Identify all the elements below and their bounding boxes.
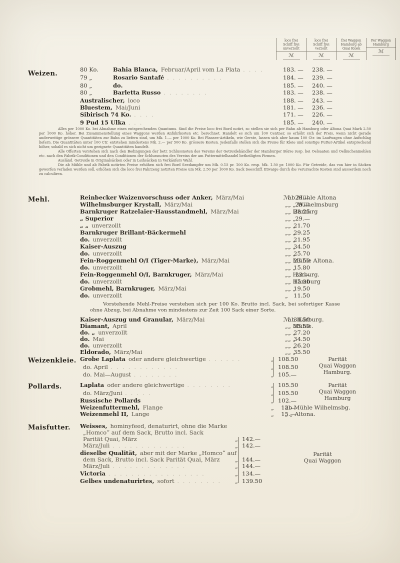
price-verzollt: 240. —	[310, 82, 339, 89]
table-row: Gelbes undenaturirtes,sofort. . . . . . …	[80, 478, 260, 486]
price-unverzollt: 184. —	[281, 74, 310, 82]
margin-label-weizenkleie: Weizenkleie.	[28, 357, 76, 365]
weizenkleie-rows: Grobe Laplataoder andere gleichwertige. …	[80, 356, 296, 379]
delivery-location: „ „	[288, 264, 296, 271]
fine-print: Alles per 1000 Ko. bei Abnahme eines ent…	[39, 127, 371, 177]
table-row: Weizenfuttermehl,Flange „ 12.— ab Mühle …	[80, 404, 296, 411]
delivery-location: „ „	[288, 236, 296, 243]
price-unverzollt: 183. —	[281, 66, 310, 74]
item-name: do.	[80, 236, 90, 243]
price-unverzollt: 181. —	[281, 104, 310, 111]
item-term: unverzollt	[93, 236, 122, 243]
price-verzollt: 238. —	[310, 66, 339, 74]
section-weizen: Weizen. 80 Ko. Bahia Blanca,Februar/Apri…	[0, 66, 400, 127]
currency-mark: „	[231, 478, 242, 486]
section-pollards: Pollards. Laplataoder andere gleichwerti…	[0, 382, 400, 418]
item-name: Rosario Santafé	[113, 74, 164, 81]
item-name: do.	[80, 278, 90, 285]
table-row: März/Juli. . . . . . . . . . . . . „ 142…	[80, 443, 260, 451]
table-row: Laplataoder andere gleichwertige. . . . …	[80, 382, 296, 390]
parity-line: Quai Waggon	[280, 458, 365, 465]
item-term: unverzollt	[93, 278, 122, 285]
price-courant-page: loco frei Schiff frei unverzollt ℳ loco …	[0, 0, 400, 563]
table-row: do.unverzollt „ 25.70 „ „	[80, 250, 310, 257]
price-value: 139.50	[242, 478, 260, 486]
table-row: „ „unverzollt „ 21.70 „ „	[80, 222, 310, 229]
item-term: März/Mai	[114, 349, 142, 356]
item-name: Reinbecker Waizenvorschuss oder Anker,	[80, 194, 213, 201]
item-name: Barnkruger Brillant-Bäckermehl	[80, 229, 186, 236]
column-rule	[283, 60, 300, 61]
item-term: oder andere gleichwertige	[107, 382, 184, 389]
price-column-header: loco frei Schiff frei verzollt ℳ	[306, 38, 336, 60]
leader-dots: . . . .	[134, 113, 155, 118]
table-row: 9 Pud 15 Ulka. . . 185. — 240. —	[80, 119, 396, 127]
table-row: Victoria. . . . . . . . . . . . . . . . …	[80, 471, 260, 479]
mehl-note: Vorstehende Mehl-Preise verstehen sich p…	[90, 302, 340, 314]
parity-label: Parität Quai Waggon	[280, 451, 365, 464]
weight-prefix: 80 „	[80, 82, 113, 89]
delivery-location: „ „	[288, 222, 296, 229]
item-term: März/Mai	[195, 271, 223, 278]
parity-label: Parität Quai Waggon Hamburg	[295, 382, 380, 402]
column-header-line: unverzollt	[277, 47, 307, 51]
table-row: do.unverzollt „ 11.50	[80, 292, 310, 299]
price-value: 11.50	[292, 292, 310, 299]
brace-line	[273, 383, 274, 402]
table-row: Eldorado,März/Mai „ 35.50 „ „	[80, 349, 310, 356]
price-verzollt: 238. —	[310, 89, 339, 97]
price-value: 142.—	[242, 443, 260, 451]
scanned-document-viewport: loco frei Schiff frei unverzollt ℳ loco …	[0, 0, 400, 563]
table-row: do. April. . . . . . . . . . . . „ 108.5…	[80, 364, 296, 372]
table-row: Russische Pollards „ 102.—	[80, 398, 296, 405]
currency-mark: „	[267, 411, 278, 418]
spacer	[339, 119, 396, 127]
price-verzollt: 226. —	[310, 111, 339, 119]
item-name: 9 Pud 15 Ulka	[80, 119, 125, 126]
table-row: do.unverzollt „ 21.95 „ „	[80, 236, 310, 243]
table-row: 80 „ do. 185. — 240. —	[80, 82, 396, 89]
item-name: Russische Pollards	[80, 398, 141, 405]
leader-dots: . . . . . . . . . .	[167, 76, 223, 81]
item-term: März/Mai	[201, 257, 229, 264]
item-term: do. April	[83, 364, 108, 371]
spacer	[339, 82, 396, 89]
item-term: sofort	[157, 478, 174, 485]
mark-currency-symbol: ℳ	[367, 48, 396, 56]
table-row: Reinbecker Waizenvorschuss oder Anker,Mä…	[80, 194, 310, 201]
table-row: Weizenmehl II,Lange „ 15.— „ „ Altona.	[80, 411, 296, 418]
delivery-location: „ „	[288, 250, 296, 257]
table-row: Australischer,loco 188. — 243. —	[80, 97, 396, 104]
delivery-location: „ „	[288, 229, 296, 236]
section-maisfutter: Maisfutter. Weisses,hominyfeed, denaturi…	[0, 423, 400, 486]
leader-dots: . . . . . . . .	[134, 373, 178, 378]
table-row: Grobe Laplataoder andere gleichwertige. …	[80, 356, 296, 364]
item-term: unverzollt	[93, 292, 122, 299]
leader-dots: . . . . . . . . . . . . .	[113, 465, 186, 470]
spacer	[339, 74, 396, 82]
item-name: Kaiser-Auszug	[80, 243, 127, 250]
currency-mark: „	[231, 443, 242, 451]
leader-dots: . . . . . . . .	[187, 384, 231, 389]
delivery-location: „ Hamburg	[288, 278, 321, 285]
spacer	[339, 104, 396, 111]
table-row: Wilhelmsburger Krystall,März/Mai „ 29.— …	[80, 201, 310, 208]
price-unverzollt: 185. —	[281, 119, 310, 127]
item-name: Weizenfuttermehl,	[80, 404, 140, 411]
margin-label-pollards: Pollards.	[28, 383, 62, 391]
column-header-line: verzollt	[307, 47, 337, 51]
item-name: Wilhelmsburger Krystall,	[80, 201, 161, 208]
price-column-header: Per Waggon Hamburg ℳ	[366, 38, 396, 60]
price-unverzollt: 185. —	[281, 82, 310, 89]
table-row: do. Mai—August. . . . . . . . „ 105.—	[80, 372, 296, 380]
table-row: Barnkruger Ratzelaier-Hausstandmehl,März…	[80, 208, 310, 215]
price-column-header: loco frei Schiff frei unverzollt ℳ	[276, 38, 306, 60]
item-term: März/Mai	[216, 194, 244, 201]
mark-currency-symbol: ℳ	[337, 52, 367, 60]
item-name: Barletta Russo	[113, 89, 161, 96]
column-rule	[343, 60, 360, 61]
weight-prefix: 79 „	[80, 74, 113, 82]
item-term: unverzollt	[92, 222, 121, 229]
item-name: do.	[80, 292, 90, 299]
item-name: Bahia Blanca,	[113, 66, 158, 73]
delivery-location: „ „	[288, 285, 296, 292]
table-row: Fein-Roggenmehl O/I, Barnkruger,März/Mai…	[80, 271, 310, 278]
spacer	[339, 89, 396, 97]
item-name: Grobe Laplata	[80, 356, 126, 363]
table-row: 79 „ Rosario Santafé. . . . . . . . . . …	[80, 74, 396, 82]
delivery-location: „ Mühle Altona.	[288, 257, 334, 264]
weight-prefix: 80 „	[80, 89, 113, 97]
delivery-location: „ „	[288, 215, 296, 222]
table-row: Bluestem,Mai/Juni 181. — 236. —	[80, 104, 396, 111]
weizen-rows: 80 Ko. Bahia Blanca,Februar/April vom La…	[80, 66, 396, 127]
table-row: 80 „ Barletta Russo. . . . . . . . 183. …	[80, 89, 396, 97]
column-header-line: Quai Kiosk	[337, 47, 367, 51]
leader-dots: . . . . . . . . . . . .	[111, 365, 178, 370]
item-name: Eldorado,	[80, 349, 111, 356]
item-term: März/Mai	[164, 201, 192, 208]
price-verzollt: 239. —	[310, 74, 339, 82]
price-verzollt: 240. —	[310, 119, 339, 127]
item-name: Fein-Roggenmehl O/I (Tiger-Marke),	[80, 257, 198, 264]
parity-line: Hamburg.	[295, 369, 380, 376]
parity-label: Parität Quai Waggon Hamburg.	[295, 356, 380, 376]
leader-dots: . . . . . . . . . . . . .	[113, 444, 186, 449]
margin-label-weizen: Weizen.	[28, 70, 58, 78]
maisfutter-rows: Weisses,hominyfeed, denaturirt, ohne die…	[80, 423, 260, 486]
table-row: do.unverzollt „ 15.30 „ Hamburg	[80, 278, 310, 285]
item-term: Mai/Juni	[116, 104, 141, 111]
weight-prefix: 80 Ko.	[80, 66, 113, 74]
item-name: do.	[80, 264, 90, 271]
item-name: „ „	[80, 222, 89, 229]
item-name: do.	[80, 250, 90, 257]
table-row: 80 Ko. Bahia Blanca,Februar/April vom La…	[80, 66, 396, 74]
item-term: März/Juli	[83, 463, 110, 470]
leader-dots: . . . . . . . .	[164, 91, 208, 96]
leader-dots: . . . . . .	[209, 358, 241, 363]
price-value: 105.—	[278, 372, 296, 380]
section-mehl: Mehl. Reinbecker Waizenvorschuss oder An…	[0, 194, 400, 356]
parity-line: Hamburg	[295, 395, 380, 402]
item-term: unverzollt	[93, 264, 122, 271]
item-name: Grobmehl, Barnkruger,	[80, 285, 155, 292]
mark-currency-symbol: ℳ	[277, 52, 307, 60]
delivery-location: „ „ Altona.	[285, 411, 315, 418]
mark-currency-symbol: ℳ	[307, 52, 337, 60]
item-term: do. März/Juni	[83, 390, 122, 397]
item-term: März/Mai	[158, 285, 186, 292]
delivery-location: „ Harburg.	[288, 271, 320, 278]
fine-print-paragraph: Alles per 1000 Ko. bei Abnahme eines ent…	[39, 127, 371, 150]
spacer	[339, 111, 396, 119]
mehl-rows: Reinbecker Waizenvorschuss oder Anker,Mä…	[80, 194, 310, 299]
price-column-headers: loco frei Schiff frei unverzollt ℳ loco …	[276, 38, 398, 60]
price-verzollt: 243. —	[310, 97, 339, 104]
column-header-line: Hamburg	[367, 43, 396, 47]
price-unverzollt: 171. —	[281, 111, 310, 119]
table-row: do. März/Juni. . . . . „ 105.50	[80, 390, 296, 398]
item-name: Victoria	[80, 471, 105, 478]
table-row: Grobmehl, Barnkruger,März/Mai „ 19.50 „ …	[80, 285, 310, 292]
item-term: Flange	[143, 404, 163, 411]
delivery-location: „ „	[288, 243, 296, 250]
price-column-header: frei Waggon Hamburg ab Quai Kiosk ℳ	[336, 38, 366, 60]
margin-label-maisfutter: Maisfutter.	[28, 424, 70, 432]
item-term: unverzollt	[93, 250, 122, 257]
brace-line	[238, 437, 239, 483]
spacer	[339, 66, 396, 74]
item-name: Australischer,	[80, 97, 125, 104]
item-name: Sibirisch 74 Ko.	[80, 111, 131, 118]
item-name: Fein-Roggenmehl O/I, Barnkruger,	[80, 271, 192, 278]
delivery-location: „ Harburg	[288, 208, 318, 215]
price-unverzollt: 188. —	[281, 97, 310, 104]
item-name: do.	[113, 82, 123, 89]
item-term: oder andere gleichwertige	[129, 356, 206, 363]
column-rule	[313, 60, 330, 61]
delivery-location: ab Mühle Altona	[288, 194, 336, 201]
margin-label-mehl: Mehl.	[28, 196, 50, 204]
leader-dots: . . .	[128, 121, 143, 126]
leader-dots: . . . . . . . . . . . . . . . . .	[108, 472, 205, 477]
spacer	[339, 97, 396, 104]
item-name: Bluestem,	[80, 104, 113, 111]
item-name: Barnkruger Ratzelaier-Hausstandmehl,	[80, 208, 208, 215]
section-weizenkleie: Weizenkleie. Grobe Laplataoder andere gl…	[0, 356, 400, 379]
currency-mark: „	[281, 292, 292, 299]
mehl-rows-2: Kaiser-Auszug und Granular,März/Mai ℳ 34…	[80, 317, 310, 356]
table-row: Fein-Roggenmehl O/I (Tiger-Marke),März/M…	[80, 257, 310, 264]
table-row: Kaiser-Auszug „ 34.50 „ „	[80, 243, 310, 250]
delivery-location: „ „ Wilhelmsburg	[288, 201, 338, 208]
price-verzollt: 236. —	[310, 104, 339, 111]
leader-dots: . . . . . . . .	[177, 480, 221, 485]
table-row: Barnkruger Brillant-Bäckermehl „ 29.25 „…	[80, 229, 310, 236]
item-name: Weizenmehl II,	[80, 411, 128, 418]
fine-print-paragraph: Alle Offerten verstehen sich nach den Be…	[39, 150, 371, 159]
table-row: do.unverzollt „ 15.80 „ „	[80, 264, 310, 271]
leader-dots: . . . .	[243, 68, 264, 73]
item-term: März/Juli	[83, 443, 110, 450]
item-term: Lange	[131, 411, 149, 418]
item-name: Gelbes undenaturirtes,	[80, 478, 154, 485]
item-term: do. Mai—August	[83, 372, 131, 379]
item-name: „ Superior	[80, 215, 113, 222]
price-unverzollt: 183. —	[281, 89, 310, 97]
pollards-rows: Laplataoder andere gleichwertige. . . . …	[80, 382, 296, 418]
leader-dots: . . . . .	[125, 391, 151, 396]
item-name: Laplata	[80, 382, 104, 389]
item-term: Februar/April vom La Plata	[161, 66, 240, 73]
item-term: März/Mai	[211, 208, 239, 215]
item-term: loco	[128, 97, 140, 104]
column-rule	[373, 56, 390, 57]
table-row: Sibirisch 74 Ko.. . . . 171. — 226. —	[80, 111, 396, 119]
table-row: März/Juli. . . . . . . . . . . . . „ 144…	[80, 463, 260, 471]
brace-line	[273, 357, 274, 376]
fine-print-paragraph: Die ab Mühle und ab Fabrik notirten Prei…	[39, 163, 371, 177]
table-row: „ Superior „ 29.— „ „	[80, 215, 310, 222]
